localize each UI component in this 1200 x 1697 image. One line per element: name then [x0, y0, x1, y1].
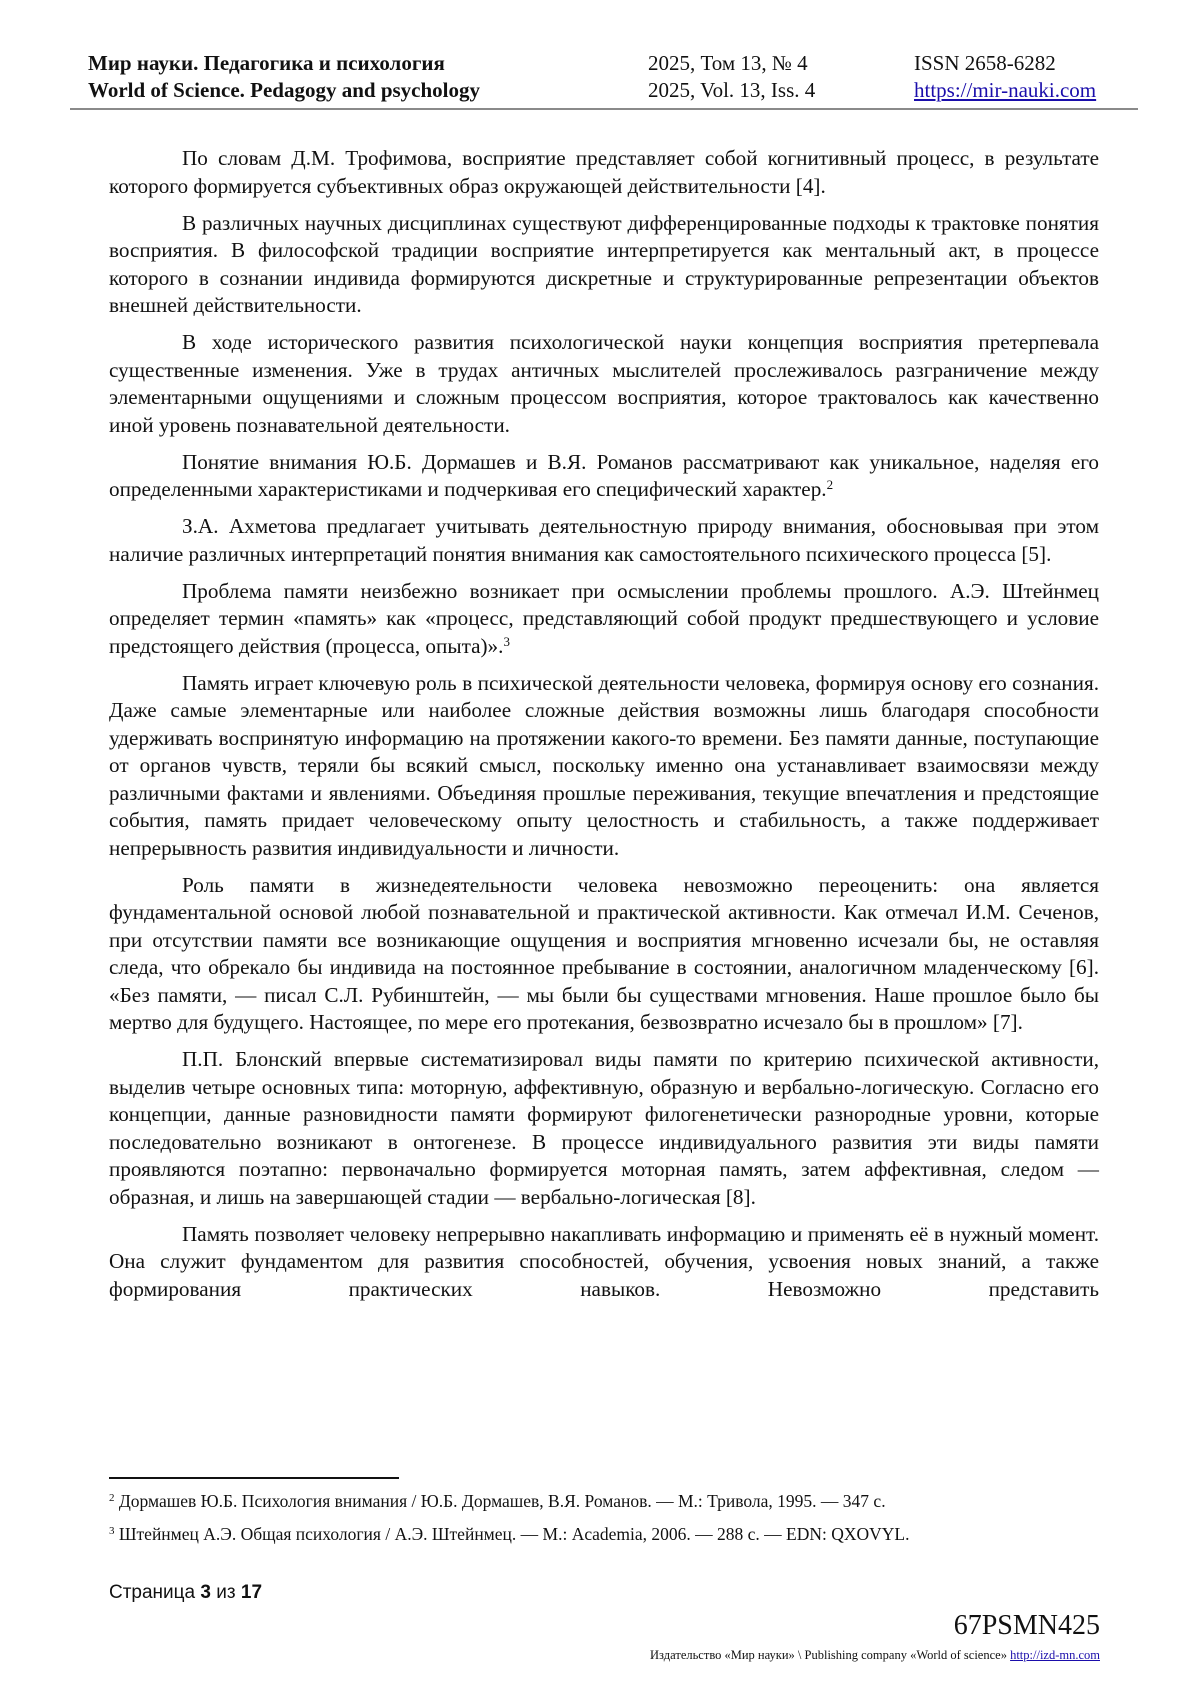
- footnote-ref[interactable]: 3: [503, 634, 510, 649]
- paragraph: В ходе исторического развития психологич…: [109, 329, 1099, 439]
- paragraph: Роль памяти в жизнедеятельности человека…: [109, 872, 1099, 1037]
- footnote: 3 Штейнмец А.Э. Общая психология / А.Э. …: [109, 1523, 1099, 1545]
- paragraph: Память играет ключевую роль в психическо…: [109, 670, 1099, 863]
- paragraph: По словам Д.М. Трофимова, восприятие пре…: [109, 145, 1099, 200]
- footnote: 2 Дормашев Ю.Б. Психология внимания / Ю.…: [109, 1490, 1099, 1512]
- paragraph: П.П. Блонский впервые систематизировал в…: [109, 1046, 1099, 1211]
- footnote-separator: [109, 1477, 399, 1479]
- volume-ru: 2025, Том 13, № 4: [648, 50, 808, 77]
- article-code: 67PSMN425: [954, 1610, 1100, 1642]
- article-body: По словам Д.М. Трофимова, восприятие пре…: [109, 145, 1099, 1313]
- paragraph: Память позволяет человеку непрерывно нак…: [109, 1221, 1099, 1304]
- paragraph: Понятие внимания Ю.Б. Дормашев и В.Я. Ро…: [109, 449, 1099, 504]
- website-link[interactable]: https://mir-nauki.com: [914, 77, 1096, 104]
- footnote-ref[interactable]: 2: [827, 477, 834, 492]
- journal-title-ru: Мир науки. Педагогика и психология: [88, 50, 445, 77]
- header-divider: [70, 108, 1138, 110]
- volume-en: 2025, Vol. 13, Iss. 4: [648, 77, 815, 104]
- journal-title-en: World of Science. Pedagogy and psycholog…: [88, 77, 480, 104]
- paragraph: З.А. Ахметова предлагает учитывать деяте…: [109, 513, 1099, 568]
- paragraph: В различных научных дисциплинах существу…: [109, 210, 1099, 320]
- publisher-link[interactable]: http://izd-mn.com: [1010, 1648, 1100, 1662]
- page-header: Мир науки. Педагогика и психология 2025,…: [70, 50, 1138, 104]
- issn: ISSN 2658-6282: [914, 50, 1056, 77]
- paragraph: Проблема памяти неизбежно возникает при …: [109, 578, 1099, 661]
- page-number: Страница 3 из 17: [109, 1582, 262, 1604]
- footnotes: 2 Дормашев Ю.Б. Психология внимания / Ю.…: [109, 1490, 1099, 1556]
- publisher-line: Издательство «Мир науки» \ Publishing co…: [650, 1648, 1100, 1663]
